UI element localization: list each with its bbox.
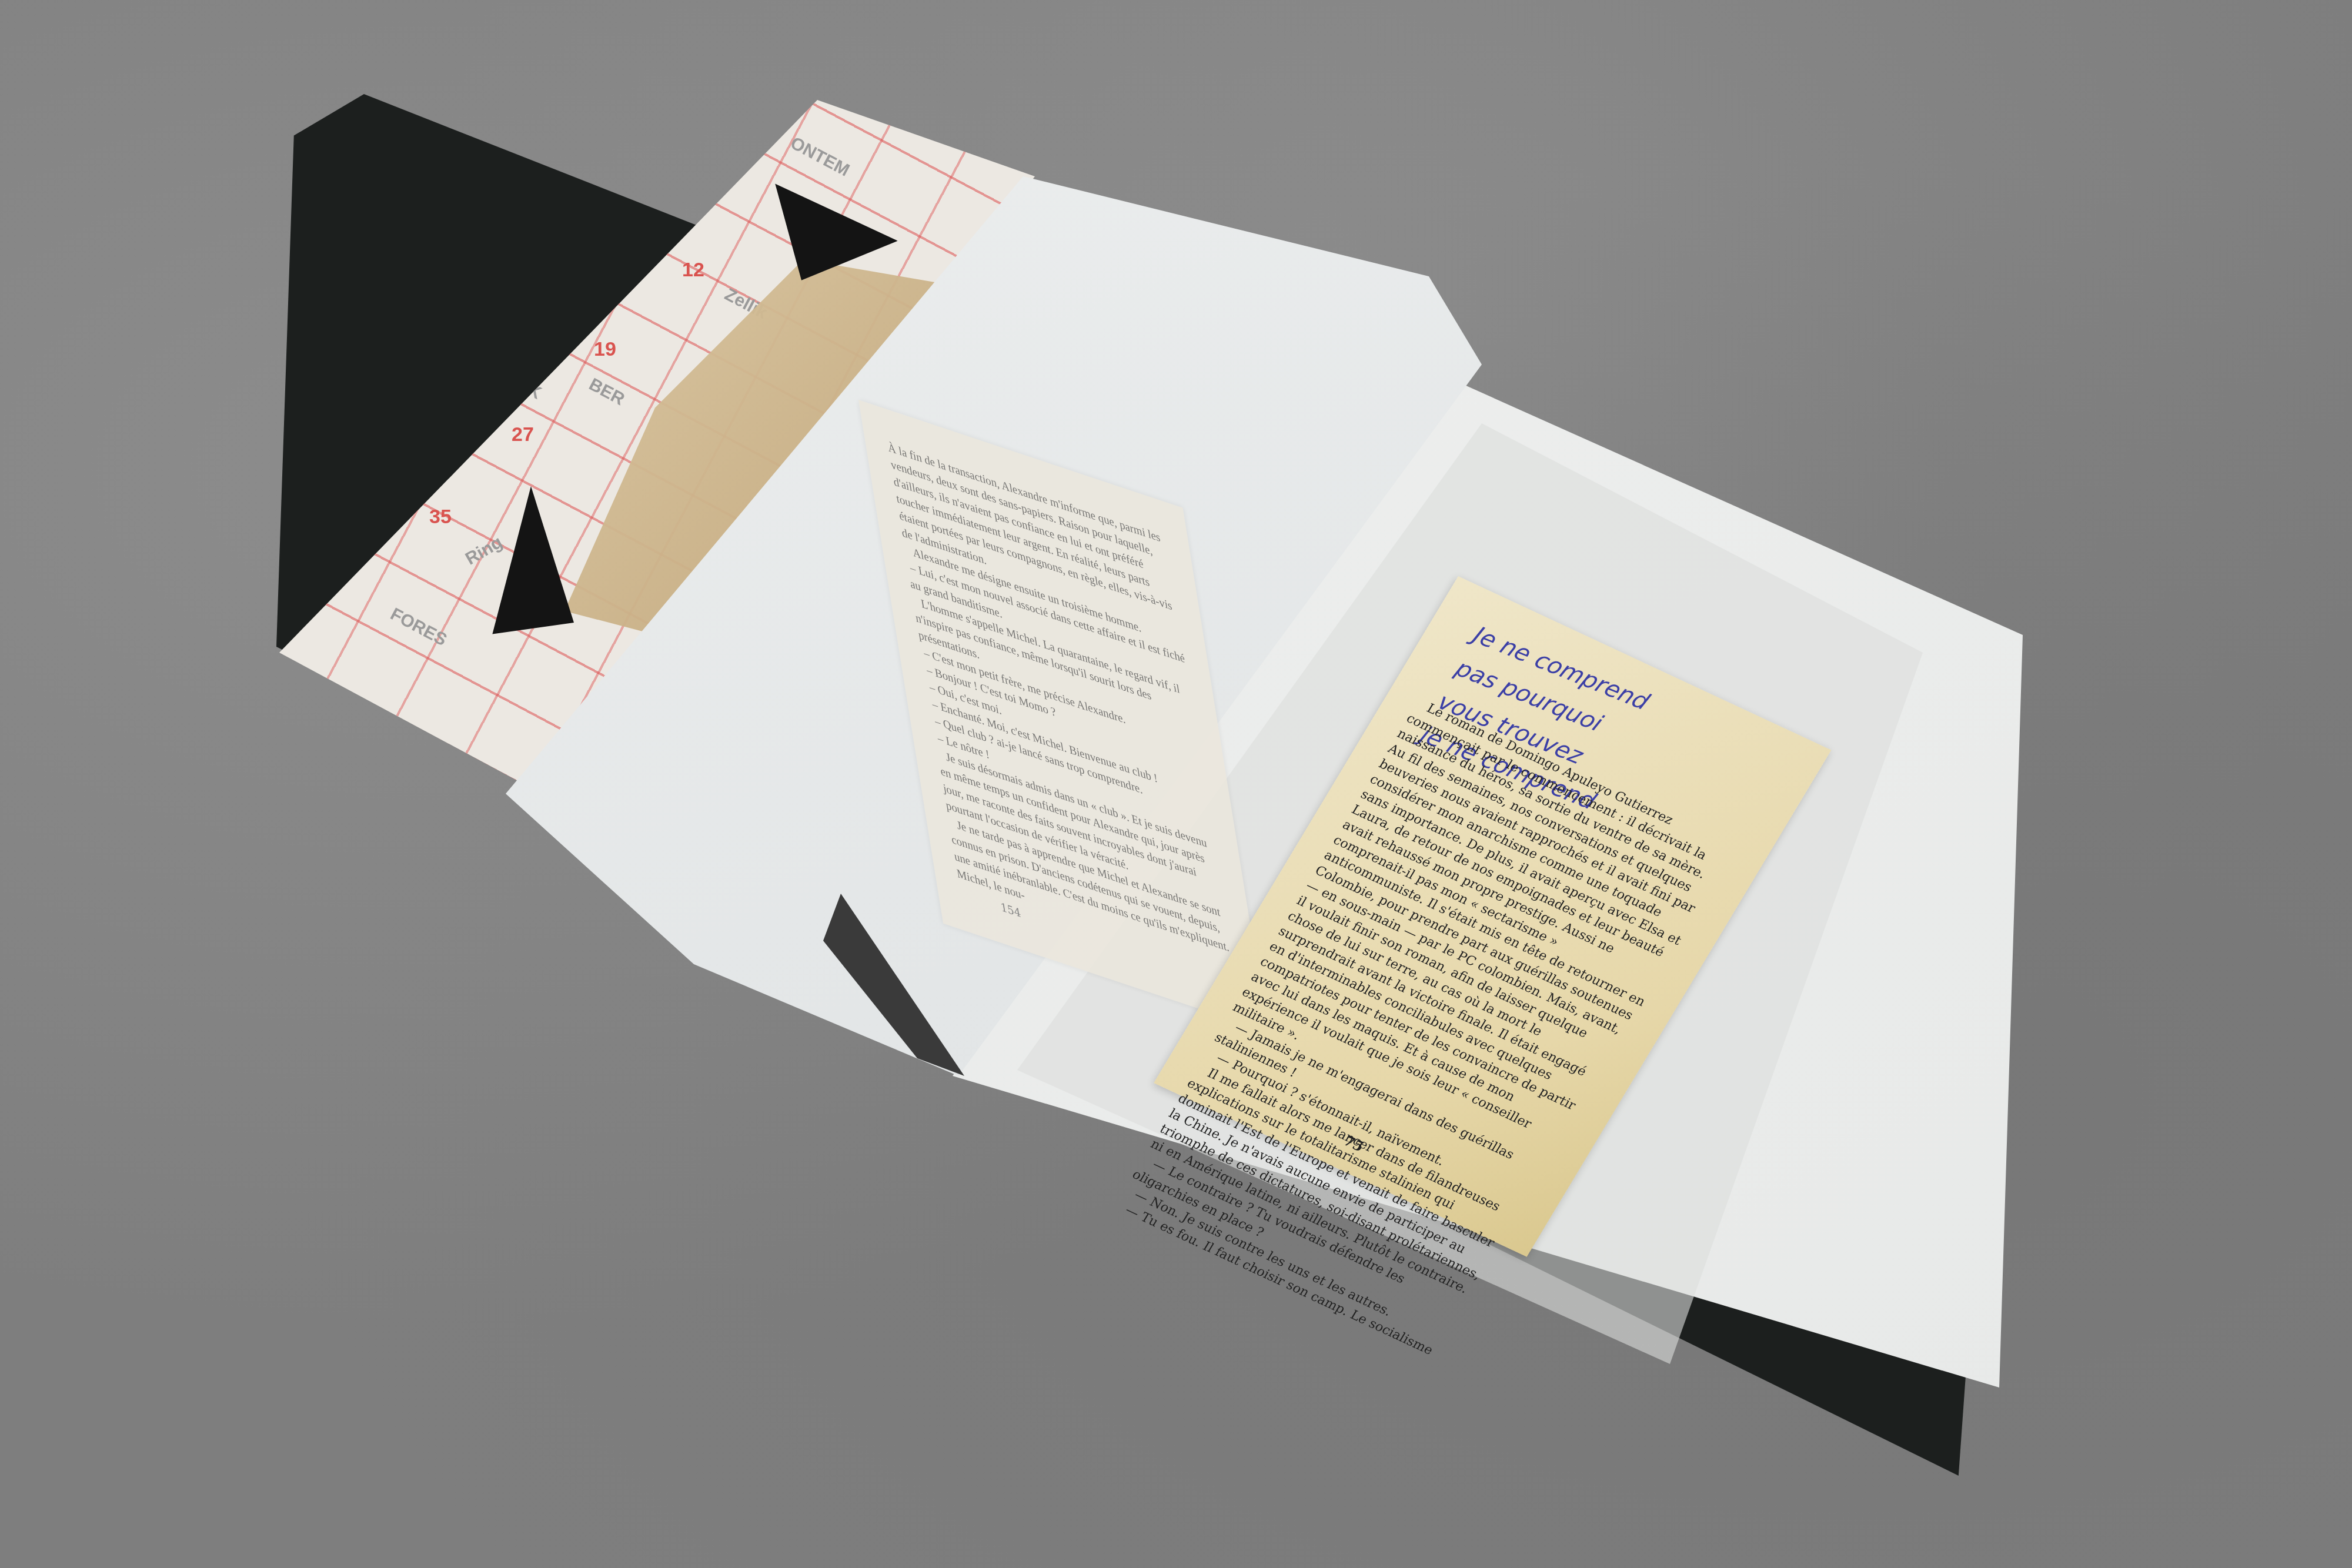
map-number: 12 (682, 259, 704, 282)
map-number: 27 (512, 423, 534, 446)
photo-scene: ONTEM 12 Zellik 19 BER EEK 27 35 Ring FO… (0, 0, 2352, 1568)
map-place-label: FORES (387, 604, 450, 651)
map-number: 19 (594, 338, 616, 361)
page-number: 154 (1000, 901, 1021, 921)
insert-body-text: À la fin de la transaction, Alexandre m'… (887, 439, 1237, 975)
map-place-label: ONTEM (787, 133, 853, 181)
map-number: 35 (429, 506, 452, 529)
map-place-label: BER (586, 375, 628, 410)
